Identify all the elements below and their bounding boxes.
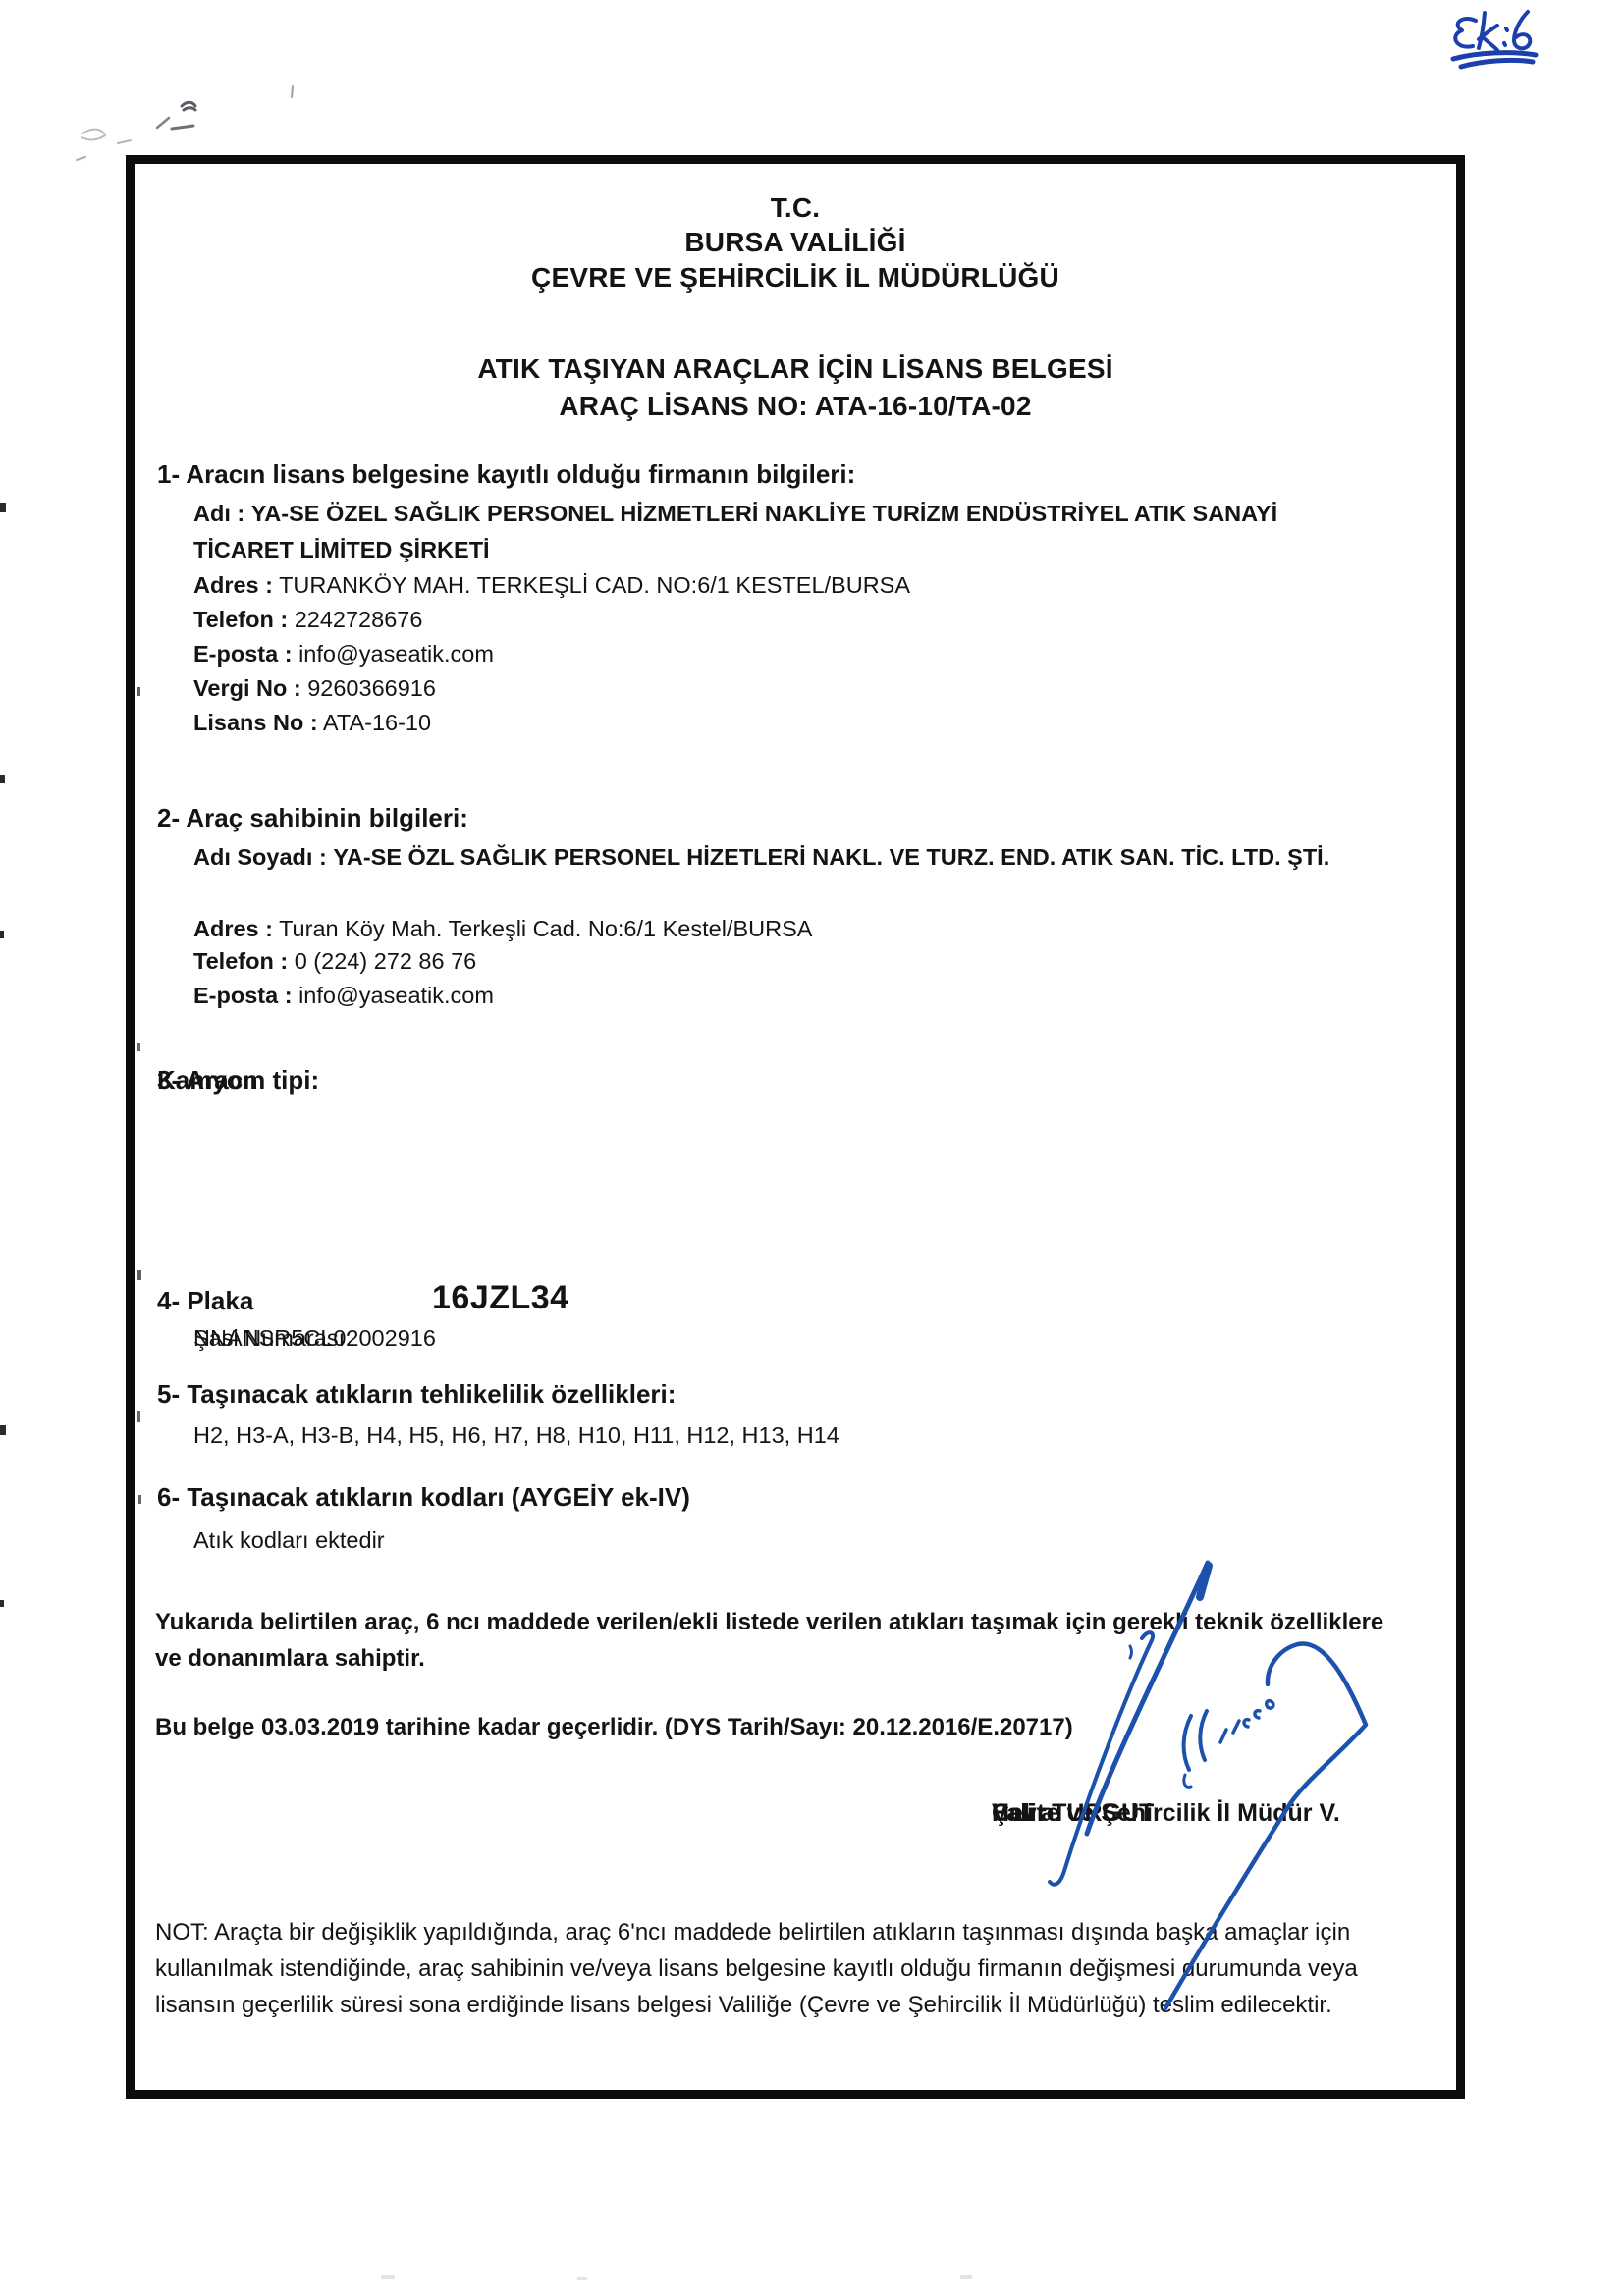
field-label: Adı : (193, 501, 244, 526)
field-value: Turan Köy Mah. Terkeşli Cad. No:6/1 Kest… (279, 916, 812, 941)
field-owner-name: Adı Soyadı : YA-SE ÖZL SAĞLIK PERSONEL H… (193, 839, 1396, 876)
field-company-name: Adı : YA-SE ÖZEL SAĞLIK PERSONEL HİZMETL… (193, 496, 1367, 568)
field-value: YA-SE ÖZL SAĞLIK PERSONEL HİZETLERİ NAKL… (333, 844, 1329, 870)
field-label: Adres : (193, 916, 273, 941)
chassis-value: NNANSR5CL02002916 (193, 1325, 436, 1352)
field-label: Telefon : (193, 607, 288, 632)
field-value: info@yaseatik.com (298, 983, 494, 1008)
field-label: Vergi No : (193, 675, 301, 701)
header-directorate: ÇEVRE VE ŞEHİRCİLİK İL MÜDÜRLÜĞÜ (135, 260, 1456, 294)
section-4-heading: 4- Plaka (157, 1286, 253, 1316)
waste-codes-note: Atık kodları ektedir (193, 1527, 385, 1554)
footnote-paragraph: NOT: Araçta bir değişiklik yapıldığında,… (155, 1914, 1432, 2023)
vehicle-license-number: ARAÇ LİSANS NO: ATA-16-10/TA-02 (135, 389, 1456, 423)
hazard-codes: H2, H3-A, H3-B, H4, H5, H6, H7, H8, H10,… (193, 1422, 839, 1449)
field-label: Adı Soyadı : (193, 844, 327, 870)
document-border-frame: T.C. BURSA VALİLİĞİ ÇEVRE VE ŞEHİRCİLİK … (126, 155, 1465, 2099)
field-owner-email: E-posta : info@yaseatik.com (193, 978, 494, 1014)
scan-artifact-smudges (381, 2275, 972, 2280)
section-6-heading: 6- Taşınacak atıkların kodları (AYGEİY e… (157, 1482, 690, 1513)
section-1-heading: 1- Aracın lisans belgesine kayıtlı olduğ… (157, 459, 855, 490)
field-owner-address: Adres : Turan Köy Mah. Terkeşli Cad. No:… (193, 911, 812, 947)
field-value: 0 (224) 272 86 76 (295, 948, 477, 974)
document-title: ATIK TAŞIYAN ARAÇLAR İÇİN LİSANS BELGESİ (135, 351, 1456, 386)
field-tax-number: Vergi No : 9260366916 (193, 670, 436, 707)
field-label: Adres : (193, 572, 273, 598)
field-label: Lisans No : (193, 710, 318, 735)
field-value: 9260366916 (307, 675, 436, 701)
scan-artifact-specks (0, 503, 141, 1607)
field-label: E-posta : (193, 641, 293, 667)
handwritten-ek6-annotation (1453, 12, 1536, 67)
field-label: E-posta : (193, 983, 293, 1008)
section-2-heading: 2- Araç sahibinin bilgileri: (157, 803, 468, 833)
pencil-scribble-marks (77, 86, 293, 160)
field-value: TURANKÖY MAH. TERKEŞLİ CAD. NO:6/1 KESTE… (279, 572, 910, 598)
suitability-statement: Yukarıda belirtilen araç, 6 ncı maddede … (155, 1604, 1402, 1677)
field-owner-phone: Telefon : 0 (224) 272 86 76 (193, 943, 476, 980)
section-5-heading: 5- Taşınacak atıkların tehlikelilik özel… (157, 1379, 676, 1410)
validity-statement: Bu belge 03.03.2019 tarihine kadar geçer… (155, 1709, 1073, 1745)
field-value: 2242728676 (295, 607, 423, 632)
vehicle-type-value: Kamyon (157, 1065, 258, 1095)
signer-title-director: Çevre ve Şehircilik İl Müdür V. (992, 1796, 1340, 1830)
field-label: Telefon : (193, 948, 288, 974)
header-governorship: BURSA VALİLİĞİ (135, 225, 1456, 259)
field-license-number: Lisans No : ATA-16-10 (193, 705, 431, 741)
field-company-address: Adres : TURANKÖY MAH. TERKEŞLİ CAD. NO:6… (193, 567, 910, 604)
field-company-email: E-posta : info@yaseatik.com (193, 636, 494, 672)
field-value: info@yaseatik.com (298, 641, 494, 667)
header-tc: T.C. (135, 190, 1456, 225)
field-company-phone: Telefon : 2242728676 (193, 602, 422, 638)
field-value: ATA-16-10 (323, 710, 431, 735)
plate-number: 16JZL34 (432, 1279, 569, 1317)
field-value: YA-SE ÖZEL SAĞLIK PERSONEL HİZMETLERİ NA… (193, 501, 1277, 562)
scanned-document-page: T.C. BURSA VALİLİĞİ ÇEVRE VE ŞEHİRCİLİK … (0, 0, 1624, 2296)
